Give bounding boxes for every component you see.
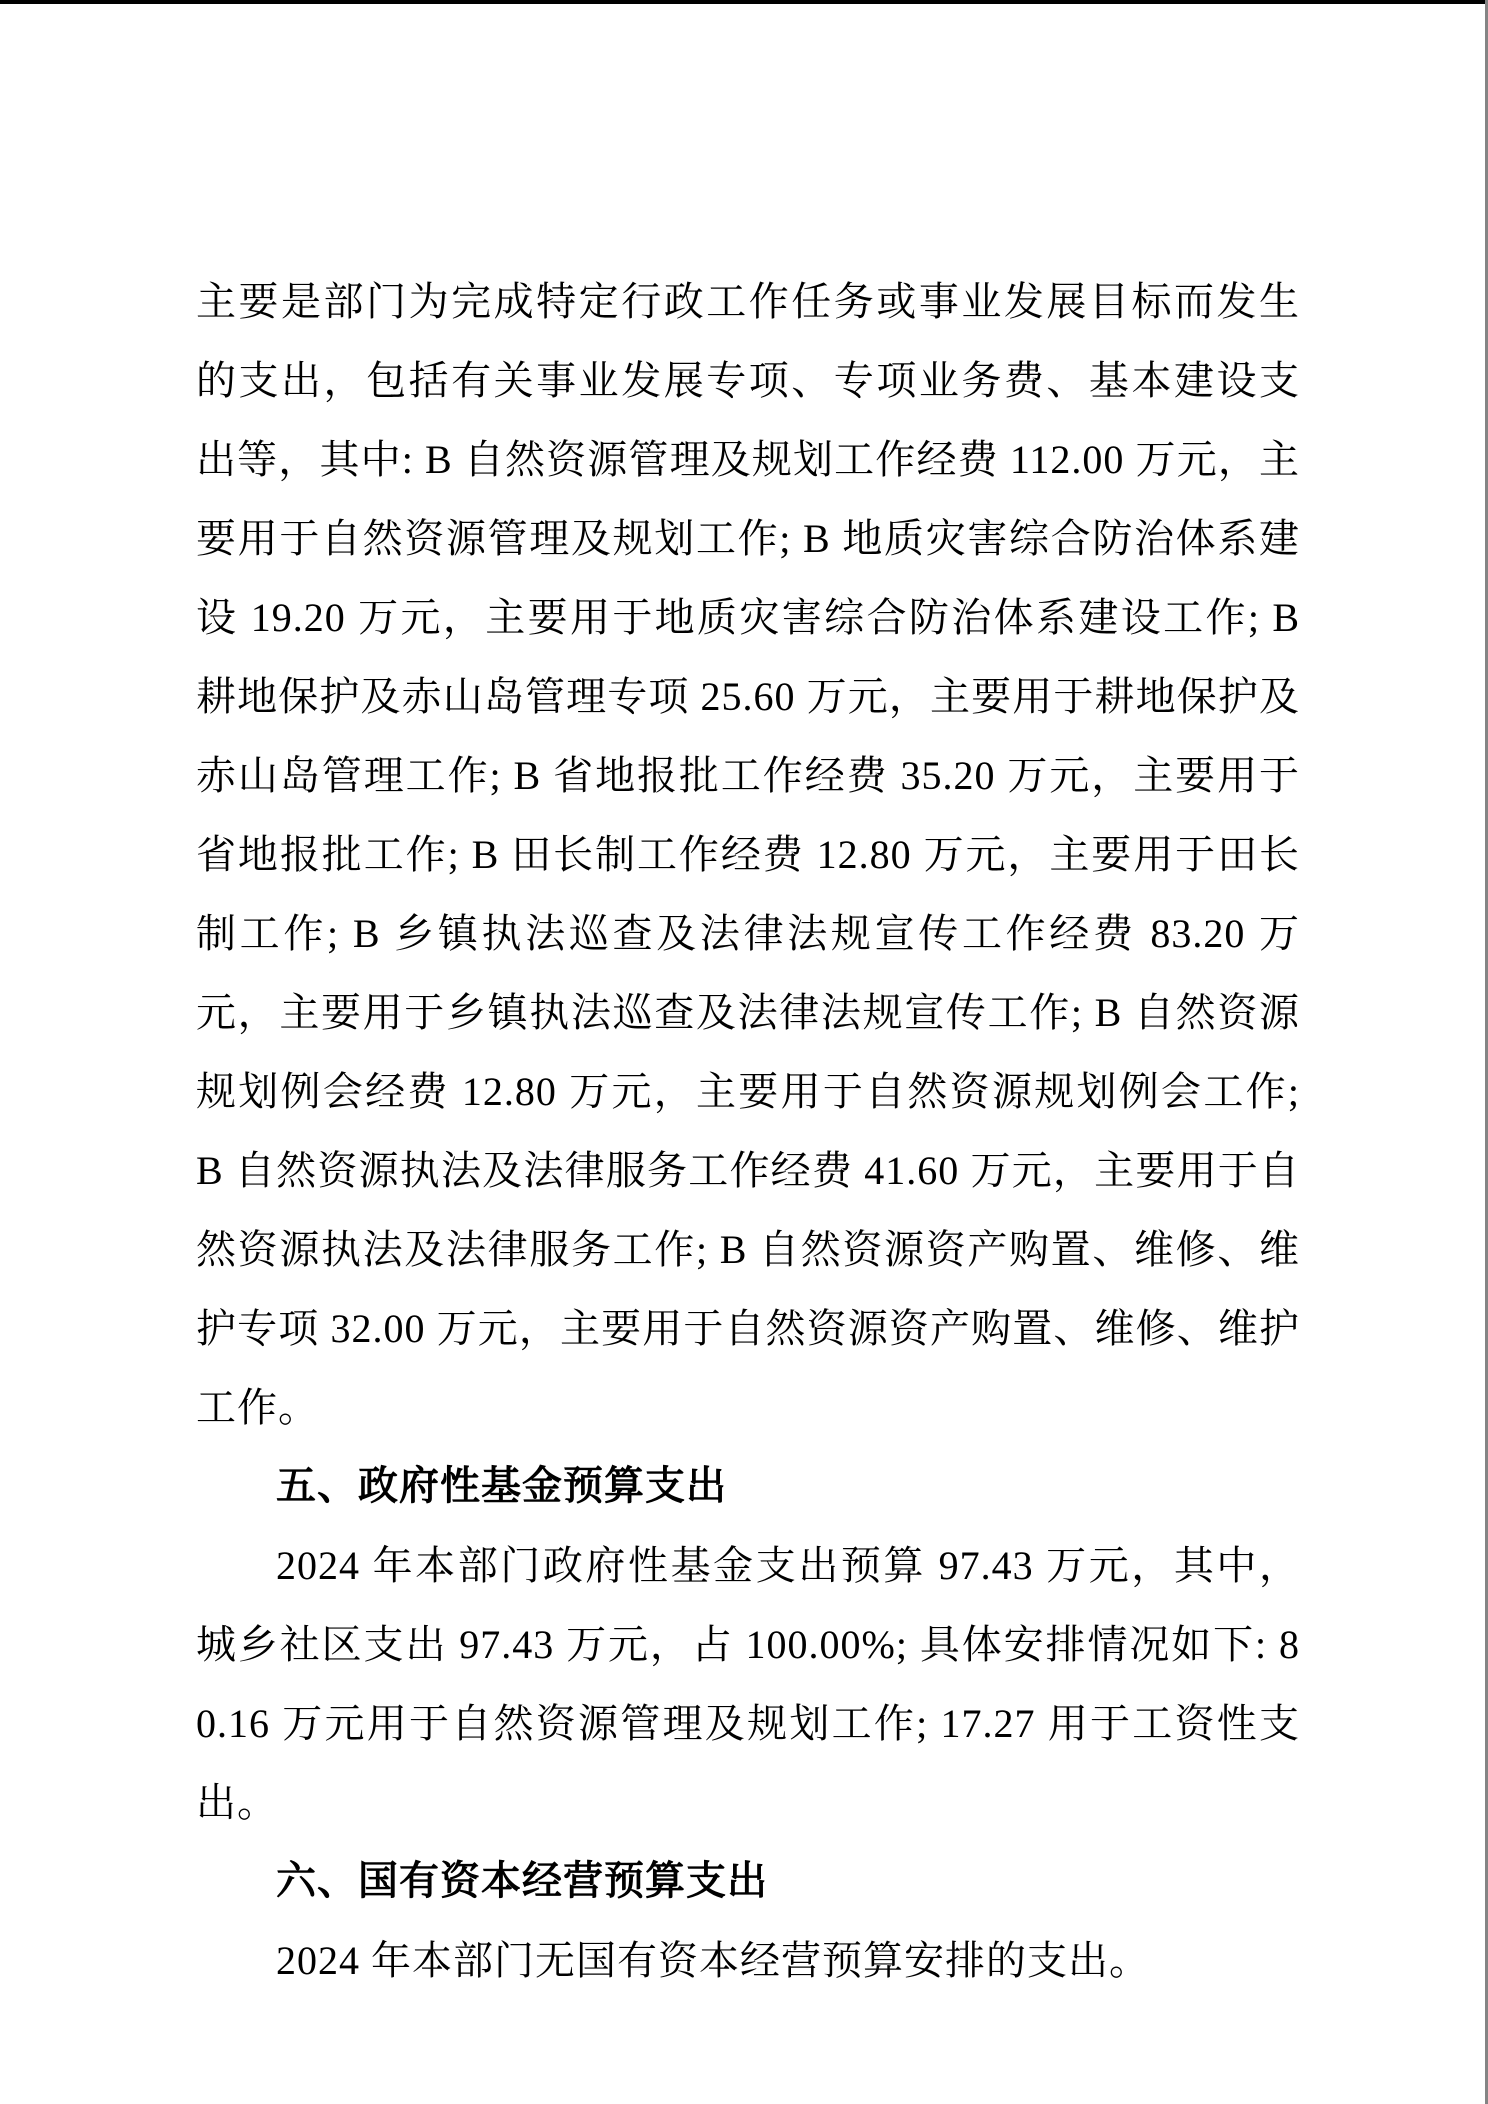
paragraph-government-fund-budget: 2024 年本部门政府性基金支出预算 97.43 万元，其中，城乡社区支出 97… bbox=[196, 1526, 1300, 1842]
document-page: 主要是部门为完成特定行政工作任务或事业发展目标而发生的支出，包括有关事业发展专项… bbox=[0, 0, 1488, 2104]
text-block: 主要是部门为完成特定行政工作任务或事业发展目标而发生的支出，包括有关事业发展专项… bbox=[196, 0, 1300, 2000]
heading-section-6-state-capital-budget: 六、国有资本经营预算支出 bbox=[196, 1842, 1300, 1921]
paragraph-state-capital-budget: 2024 年本部门无国有资本经营预算安排的支出。 bbox=[196, 1921, 1300, 2000]
heading-section-5-government-fund-budget: 五、政府性基金预算支出 bbox=[196, 1447, 1300, 1526]
paragraph-special-project-expenditures: 主要是部门为完成特定行政工作任务或事业发展目标而发生的支出，包括有关事业发展专项… bbox=[196, 262, 1300, 1447]
